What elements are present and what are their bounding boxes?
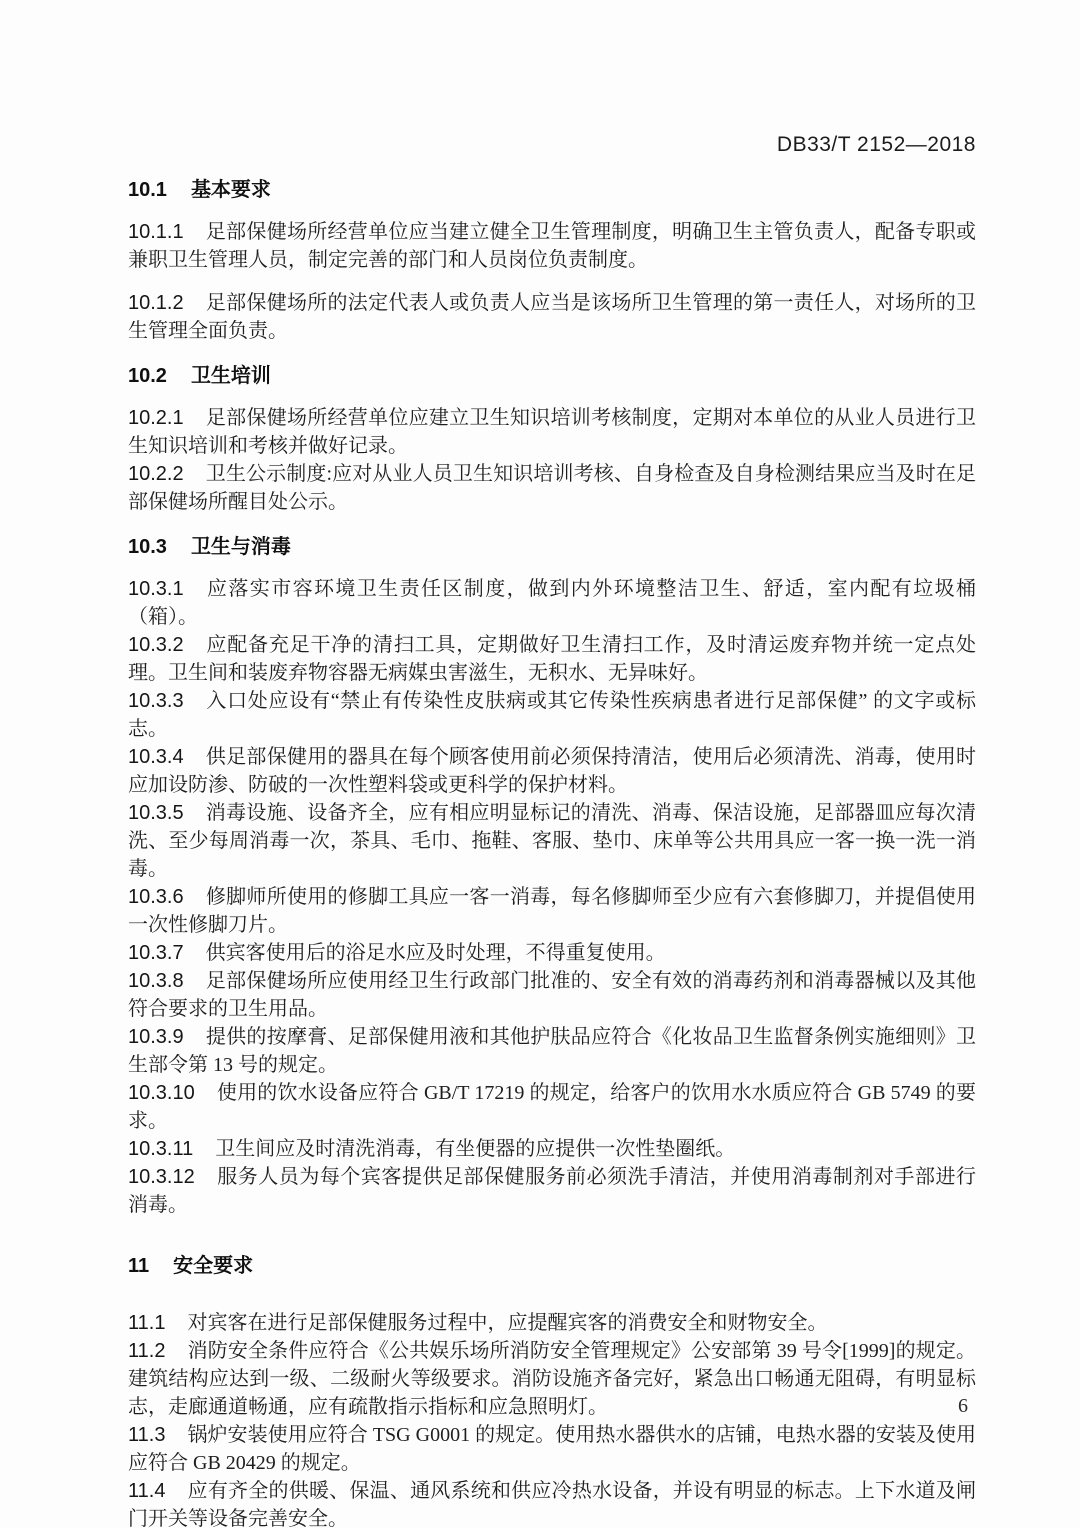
- clause-text: 入口处应设有“禁止有传染性皮肤病或其它传染性疾病患者进行足部保健” 的文字或标志…: [128, 690, 976, 740]
- clause-number: 10.3.4: [128, 746, 184, 768]
- page-footer: 6: [958, 1395, 968, 1418]
- clause-text: 使用的饮水设备应符合 GB/T 17219 的规定，给客户的饮用水水质应符合 G…: [128, 1082, 976, 1132]
- document-page: DB33/T 2152—2018 10.1基本要求 10.1.1足部保健场所经营…: [0, 0, 1080, 1528]
- clause-number: 10.3.3: [128, 690, 184, 712]
- clause-10-1-2: 10.1.2足部保健场所的法定代表人或负责人应当是该场所卫生管理的第一责任人，对…: [128, 289, 976, 345]
- clause-10-3-1: 10.3.1应落实市容环境卫生责任区制度，做到内外环境整洁卫生、舒适，室内配有垃…: [128, 575, 976, 631]
- section-title: 卫生培训: [191, 365, 271, 387]
- clause-text: 应配备充足干净的清扫工具，定期做好卫生清扫工作，及时清运废弃物并统一定点处理。卫…: [128, 634, 976, 684]
- section-number: 10.1: [128, 179, 167, 201]
- clause-number: 11.1: [128, 1312, 165, 1334]
- document-code: DB33/T 2152—2018: [777, 133, 976, 156]
- section-number: 10.2: [128, 365, 167, 387]
- clause-text: 锅炉安装使用应符合 TSG G0001 的规定。使用热水器供水的店铺，电热水器的…: [128, 1424, 976, 1474]
- clause-text: 对宾客在进行足部保健服务过程中，应提醒宾客的消费安全和财物安全。: [187, 1312, 827, 1334]
- clause-number: 11.3: [128, 1424, 165, 1446]
- clause-number: 10.3.2: [128, 634, 184, 656]
- clause-text: 卫生间应及时清洗消毒，有坐便器的应提供一次性垫圈纸。: [215, 1138, 735, 1160]
- clause-text: 服务人员为每个宾客提供足部保健服务前必须洗手清洁，并使用消毒制剂对手部进行消毒。: [128, 1166, 976, 1216]
- clause-10-2-1: 10.2.1足部保健场所经营单位应建立卫生知识培训考核制度，定期对本单位的从业人…: [128, 404, 976, 460]
- clause-number: 10.3.5: [128, 802, 184, 824]
- clause-text: 足部保健场所的法定代表人或负责人应当是该场所卫生管理的第一责任人，对场所的卫生管…: [128, 292, 976, 342]
- clause-number: 10.1.2: [128, 292, 184, 314]
- section-heading-10-1: 10.1基本要求: [128, 176, 976, 204]
- clause-10-3-3: 10.3.3入口处应设有“禁止有传染性皮肤病或其它传染性疾病患者进行足部保健” …: [128, 687, 976, 743]
- clause-11-1: 11.1对宾客在进行足部保健服务过程中，应提醒宾客的消费安全和财物安全。: [128, 1309, 976, 1337]
- clause-11-2: 11.2消防安全条件应符合《公共娱乐场所消防安全管理规定》公安部第 39 号令[…: [128, 1337, 976, 1421]
- page-number: 6: [958, 1395, 968, 1417]
- clause-10-3-12: 10.3.12服务人员为每个宾客提供足部保健服务前必须洗手清洁，并使用消毒制剂对…: [128, 1163, 976, 1219]
- clause-number: 10.3.6: [128, 886, 184, 908]
- clause-10-3-7: 10.3.7供宾客使用后的浴足水应及时处理，不得重复使用。: [128, 939, 976, 967]
- clause-text: 足部保健场所应使用经卫生行政部门批准的、安全有效的消毒药剂和消毒器械以及其他符合…: [128, 970, 976, 1020]
- clause-10-3-4: 10.3.4供足部保健用的器具在每个顾客使用前必须保持清洁，使用后必须清洗、消毒…: [128, 743, 976, 799]
- clause-number: 11.4: [128, 1480, 165, 1502]
- clause-10-3-6: 10.3.6修脚师所使用的修脚工具应一客一消毒，每名修脚师至少应有六套修脚刀，并…: [128, 883, 976, 939]
- clause-text: 供宾客使用后的浴足水应及时处理，不得重复使用。: [206, 942, 666, 964]
- clause-text: 卫生公示制度:应对从业人员卫生知识培训考核、自身检查及自身检测结果应当及时在足部…: [128, 463, 976, 513]
- clause-number: 10.3.11: [128, 1138, 193, 1160]
- document-body: 10.1基本要求 10.1.1足部保健场所经营单位应当建立健全卫生管理制度，明确…: [128, 170, 976, 1528]
- clause-10-3-9: 10.3.9提供的按摩膏、足部保健用液和其他护肤品应符合《化妆品卫生监督条例实施…: [128, 1023, 976, 1079]
- clause-text: 消毒设施、设备齐全，应有相应明显标记的清洗、消毒、保洁设施，足部器皿应每次清洗、…: [128, 802, 976, 880]
- clause-text: 足部保健场所经营单位应当建立健全卫生管理制度，明确卫生主管负责人，配备专职或兼职…: [128, 221, 976, 271]
- clause-11-3: 11.3锅炉安装使用应符合 TSG G0001 的规定。使用热水器供水的店铺，电…: [128, 1421, 976, 1477]
- clause-number: 10.2.1: [128, 407, 184, 429]
- section-title: 基本要求: [191, 179, 271, 201]
- clause-number: 11.2: [128, 1340, 165, 1362]
- clause-10-3-11: 10.3.11卫生间应及时清洗消毒，有坐便器的应提供一次性垫圈纸。: [128, 1135, 976, 1163]
- clause-10-1-1: 10.1.1足部保健场所经营单位应当建立健全卫生管理制度，明确卫生主管负责人，配…: [128, 218, 976, 274]
- clause-10-2-2: 10.2.2卫生公示制度:应对从业人员卫生知识培训考核、自身检查及自身检测结果应…: [128, 460, 976, 516]
- clause-10-3-5: 10.3.5消毒设施、设备齐全，应有相应明显标记的清洗、消毒、保洁设施，足部器皿…: [128, 799, 976, 883]
- clause-text: 足部保健场所经营单位应建立卫生知识培训考核制度，定期对本单位的从业人员进行卫生知…: [128, 407, 976, 457]
- clause-number: 10.3.8: [128, 970, 184, 992]
- clause-number: 10.3.7: [128, 942, 184, 964]
- clause-text: 供足部保健用的器具在每个顾客使用前必须保持清洁，使用后必须清洗、消毒，使用时应加…: [128, 746, 976, 796]
- section-heading-11: 11安全要求: [128, 1252, 976, 1280]
- clause-text: 消防安全条件应符合《公共娱乐场所消防安全管理规定》公安部第 39 号令[1999…: [128, 1340, 976, 1418]
- section-heading-10-3: 10.3卫生与消毒: [128, 533, 976, 561]
- clause-text: 修脚师所使用的修脚工具应一客一消毒，每名修脚师至少应有六套修脚刀，并提倡使用一次…: [128, 886, 976, 936]
- clause-number: 10.3.12: [128, 1166, 195, 1188]
- section-title: 卫生与消毒: [191, 536, 291, 558]
- section-number: 10.3: [128, 536, 167, 558]
- clause-text: 应落实市容环境卫生责任区制度，做到内外环境整洁卫生、舒适，室内配有垃圾桶（箱）。: [128, 578, 976, 628]
- section-heading-10-2: 10.2卫生培训: [128, 362, 976, 390]
- clause-number: 10.3.9: [128, 1026, 184, 1048]
- clause-10-3-8: 10.3.8足部保健场所应使用经卫生行政部门批准的、安全有效的消毒药剂和消毒器械…: [128, 967, 976, 1023]
- clause-10-3-2: 10.3.2应配备充足干净的清扫工具，定期做好卫生清扫工作，及时清运废弃物并统一…: [128, 631, 976, 687]
- clause-text: 应有齐全的供暖、保温、通风系统和供应冷热水设备，并设有明显的标志。上下水道及闸门…: [128, 1480, 976, 1528]
- page-header: DB33/T 2152—2018: [128, 133, 976, 157]
- clause-number: 10.1.1: [128, 221, 184, 243]
- clause-number: 10.2.2: [128, 463, 184, 485]
- clause-10-3-10: 10.3.10使用的饮水设备应符合 GB/T 17219 的规定，给客户的饮用水…: [128, 1079, 976, 1135]
- clause-text: 提供的按摩膏、足部保健用液和其他护肤品应符合《化妆品卫生监督条例实施细则》卫生部…: [128, 1026, 976, 1076]
- clause-number: 10.3.10: [128, 1082, 195, 1104]
- section-title: 安全要求: [173, 1255, 253, 1277]
- section-number: 11: [128, 1255, 149, 1277]
- clause-11-4: 11.4应有齐全的供暖、保温、通风系统和供应冷热水设备，并设有明显的标志。上下水…: [128, 1477, 976, 1528]
- clause-number: 10.3.1: [128, 578, 184, 600]
